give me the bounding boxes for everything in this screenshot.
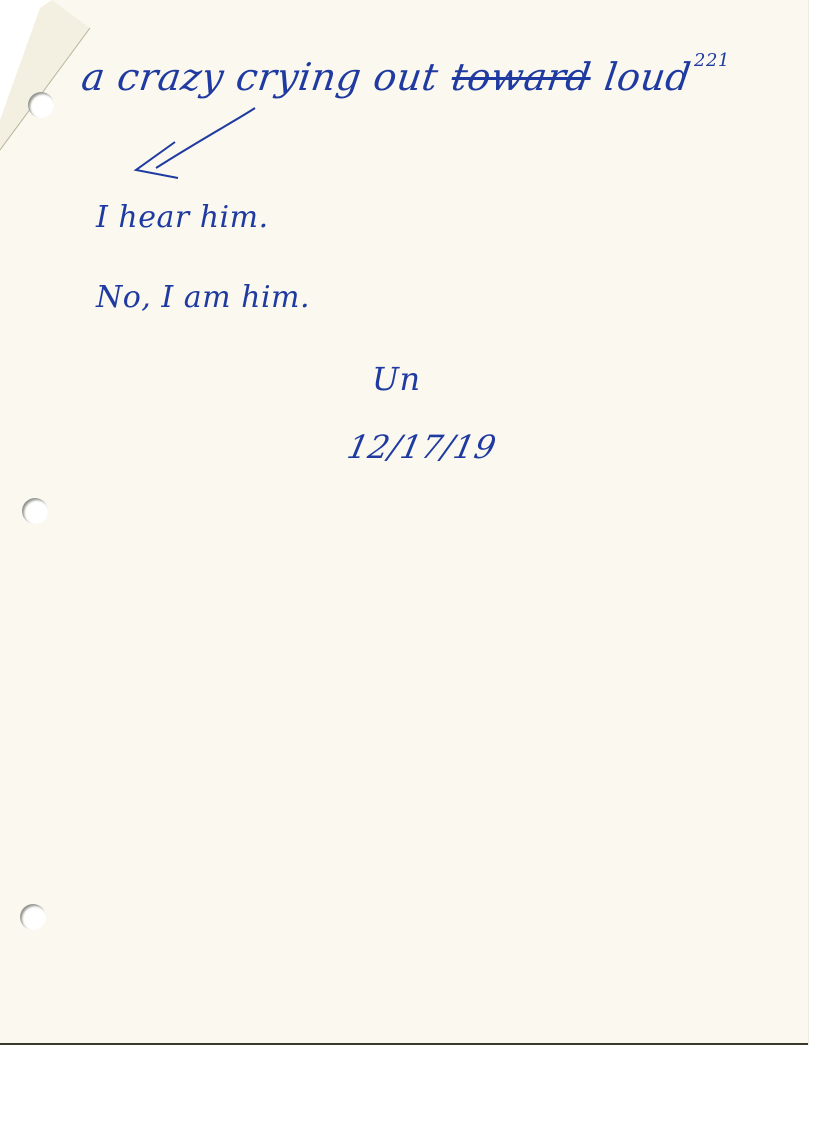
line1-text-b: loud: [602, 55, 694, 99]
arrow-icon: [120, 100, 280, 190]
signature: Un: [372, 360, 421, 398]
scanned-page: a crazy crying outtowardloud 221 I hear …: [0, 0, 816, 1123]
line1-text-a: a crazy crying out: [79, 55, 441, 99]
handwritten-line-2: I hear him.: [96, 200, 269, 235]
page-number: 221: [694, 50, 730, 71]
handwritten-line-1: a crazy crying outtowardloud: [79, 55, 694, 99]
date: 12/17/19: [344, 428, 500, 466]
handwritten-line-3: No, I am him.: [96, 280, 310, 315]
paper-sheet: a crazy crying outtowardloud 221 I hear …: [0, 0, 808, 1045]
punch-hole-top: [28, 92, 54, 118]
struck-word: toward: [449, 55, 594, 99]
punch-hole-middle: [22, 498, 48, 524]
punch-hole-bottom: [20, 904, 46, 930]
